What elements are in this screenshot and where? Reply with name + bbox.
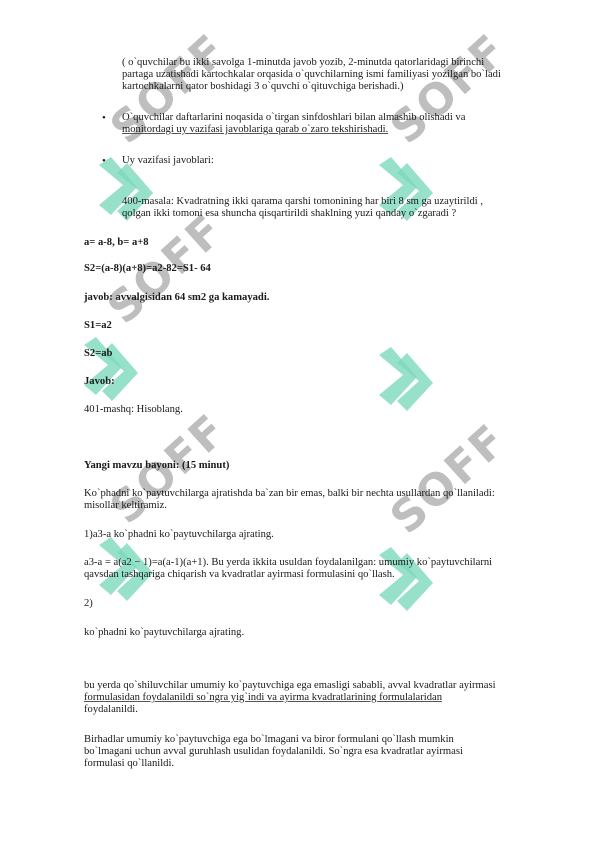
watermark-text: SOFF [381, 414, 517, 544]
document-page: SOFF SOFF SOFF SOFF SOFF [0, 0, 596, 842]
explanation-1-line-3: foydalanildi. [84, 704, 138, 716]
problem-400-line-2: qolgan ikki tomoni esa shuncha qisqartir… [122, 208, 456, 220]
intro-line-3: kartochkalarni qator boshidagi 3 o`quvch… [122, 81, 404, 93]
new-topic-intro-line-1: Ko`phadni ko`paytuvchilarga ajratishda b… [84, 488, 495, 500]
xs-soff-logo-icon [375, 345, 435, 415]
bullet-icon: • [102, 112, 106, 124]
new-topic-heading: Yangi mavzu bayoni: (15 minut) [84, 460, 229, 472]
example-1-solution-line-2: qavsdan tashqariga chiqarish va kvadratl… [84, 569, 395, 581]
explanation-2-line-3: formulasi qo`llanildi. [84, 758, 174, 770]
bullet-2-line-1: Uy vazifasi javoblari: [122, 155, 214, 167]
example-1-solution-line-1: a3-a = a(a2 − 1)=a(a-1)(a+1). Bu yerda i… [84, 557, 492, 569]
example-2-title: ko`phadni ko`paytuvchilarga ajrating. [84, 627, 244, 639]
bullet-icon: • [102, 155, 106, 167]
explanation-1-line-2: formulasidan foydalanildi so`ngra yig`in… [84, 692, 442, 704]
solution-line-1: a= a-8, b= a+8 [84, 237, 149, 249]
xs-soff-logo-icon [80, 335, 140, 405]
solution-line-6: Javob: [84, 376, 115, 388]
bullet-1-line-1: O`quvchilar daftarlarini noqasida o`tirg… [122, 112, 465, 124]
solution-line-4: S1=a2 [84, 320, 112, 332]
new-topic-intro-line-2: misollar keltiramiz. [84, 500, 167, 512]
explanation-2-line-1: Birhadlar umumiy ko`paytuvchiga ega bo`l… [84, 734, 454, 746]
problem-400-line-1: 400-masala: Kvadratning ikki qarama qars… [122, 196, 483, 208]
bullet-1-line-2: monitordagi uy vazifasi javoblariga qara… [122, 124, 388, 136]
solution-line-2: S2=(a-8)(a+8)=a2-82=S1- 64 [84, 263, 211, 275]
explanation-1-line-1: bu yerda qo`shiluvchilar umumiy ko`paytu… [84, 680, 496, 692]
solution-line-3: javob: avvalgisidan 64 sm2 ga kamayadi. [84, 292, 269, 304]
intro-line-1: ( o`quvchilar bu ikki savolga 1-minutda … [122, 57, 484, 69]
solution-line-5: S2=ab [84, 348, 112, 360]
intro-line-2: partaga uzatishadi kartochkalar orqasida… [122, 69, 501, 81]
explanation-2-line-2: bo`lmagani uchun avval guruhlash usulida… [84, 746, 463, 758]
exercise-401: 401-mashq: Hisoblang. [84, 404, 183, 416]
example-2-label: 2) [84, 598, 93, 610]
example-1-title: 1)a3-a ko`phadni ko`paytuvchilarga ajrat… [84, 529, 274, 541]
